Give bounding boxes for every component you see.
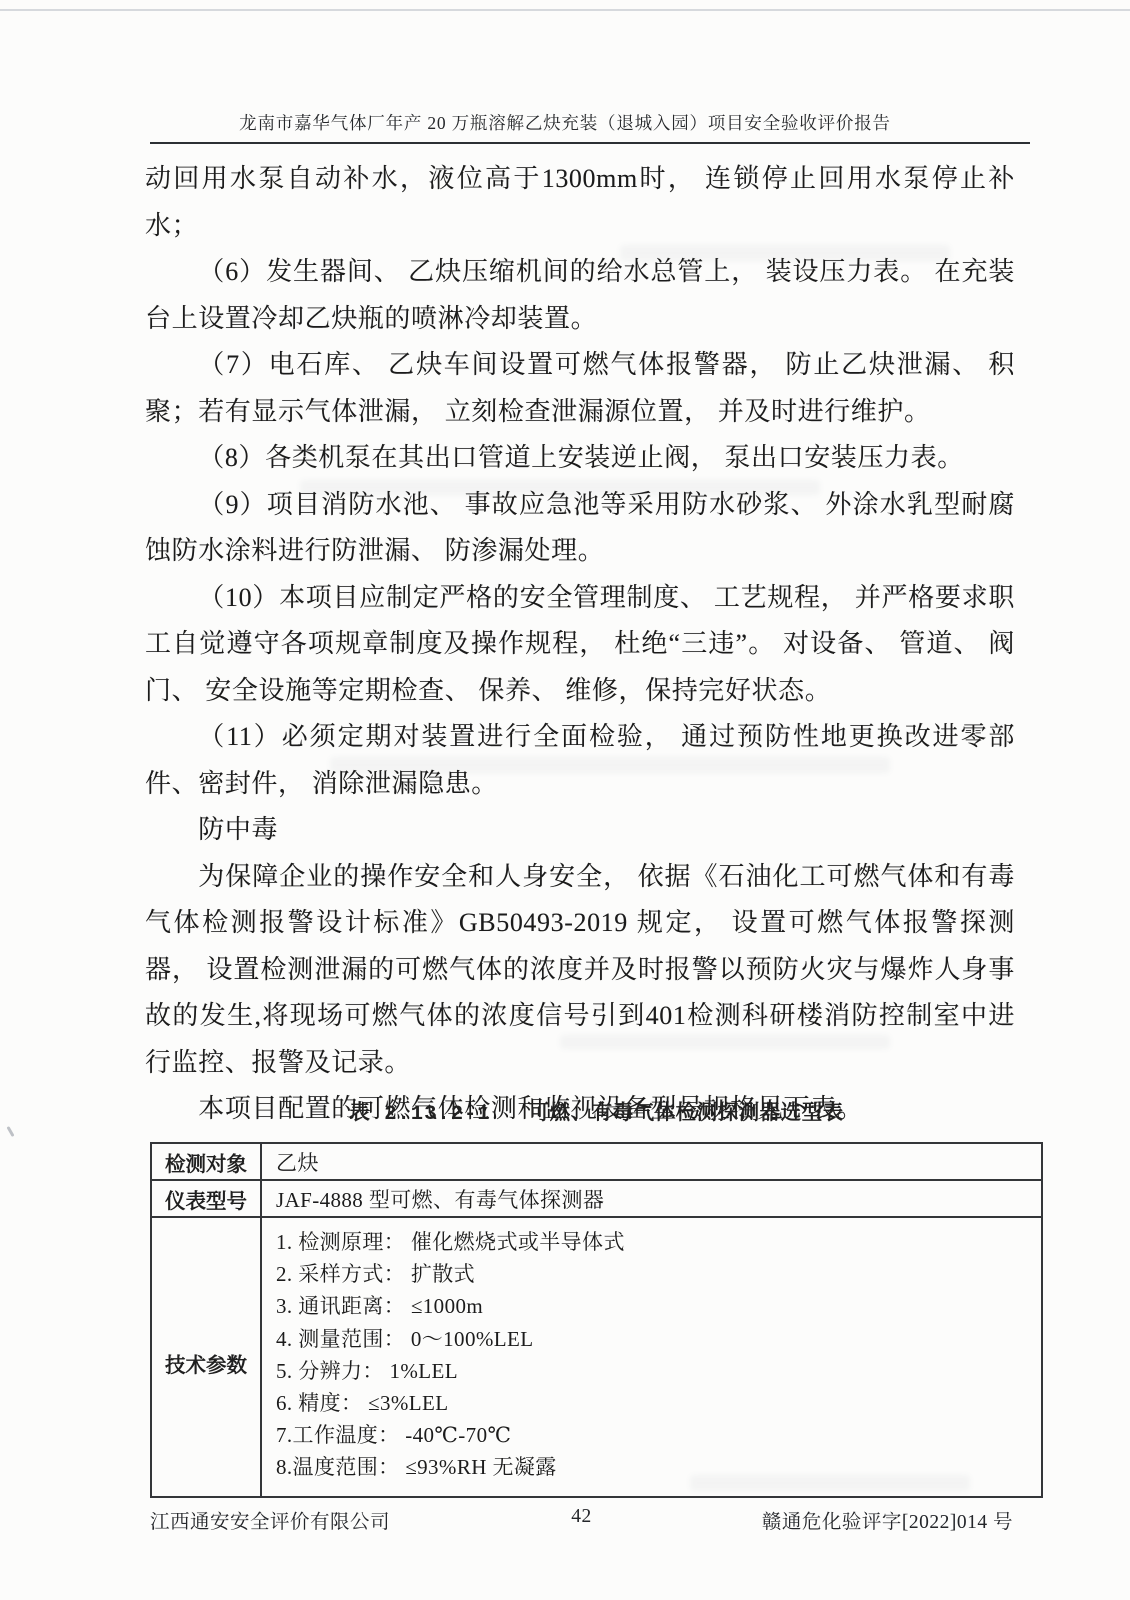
tech-param-line: 5. 分辨力： 1%LEL <box>276 1355 1033 1387</box>
paragraph: （11）必须定期对装置进行全面检验， 通过预防性地更换改进零部件、密封件， 消除… <box>145 714 1015 807</box>
report-title: 龙南市嘉华气体厂年产 20 万瓶溶解乙炔充装（退城入园）项目安全验收评价报告 <box>0 110 1130 135</box>
row-value: JAF-4888 型可燃、有毒气体探测器 <box>261 1180 1042 1217</box>
tech-param-list: 1. 检测原理： 催化燃烧式或半导体式2. 采样方式： 扩散式3. 通讯距离： … <box>276 1226 1033 1484</box>
paragraph: （10）本项目应制定严格的安全管理制度、 工艺规程， 并严格要求职工自觉遵守各项… <box>145 575 1015 715</box>
footer-doc-number: 赣通危化验评字[2022]014 号 <box>762 1506 1013 1534</box>
row-value: 乙炔 <box>261 1143 1042 1180</box>
tech-param-line: 7.工作温度： -40℃-70℃ <box>276 1419 1033 1451</box>
paragraph: （7）电石库、 乙炔车间设置可燃气体报警器， 防止乙炔泄漏、 积聚；若有显示气体… <box>145 342 1015 435</box>
paragraph: 防中毒 <box>145 807 1015 854</box>
scan-mark-artifact <box>6 1126 14 1137</box>
tech-param-line: 6. 精度： ≤3%LEL <box>276 1387 1033 1419</box>
body-text: 动回用水泵自动补水，液位高于1300mm时， 连锁停止回用水泵停止补水；（6）发… <box>145 156 1015 1133</box>
row-label: 检测对象 <box>151 1143 261 1180</box>
tech-param-line: 4. 测量范围： 0～100%LEL <box>276 1323 1033 1355</box>
table-caption-number: 表 2.13.2-1 <box>349 1103 490 1126</box>
tech-param-line: 3. 通讯距离： ≤1000m <box>276 1290 1033 1322</box>
table-caption: 表 2.13.2-1可燃、有毒气体检测探测器选型表 <box>150 1095 1043 1126</box>
tech-param-line: 8.温度范围： ≤93%RH 无凝露 <box>276 1451 1033 1483</box>
table-row-detection-object: 检测对象 乙炔 <box>151 1143 1042 1180</box>
table-row-technical-params: 技术参数 1. 检测原理： 催化燃烧式或半导体式2. 采样方式： 扩散式3. 通… <box>151 1217 1042 1497</box>
paragraph: （9）项目消防水池、 事故应急池等采用防水砂浆、 外涂水乳型耐腐蚀防水涂料进行防… <box>145 482 1015 575</box>
document-page: 龙南市嘉华气体厂年产 20 万瓶溶解乙炔充装（退城入园）项目安全验收评价报告 动… <box>0 0 1130 1600</box>
paragraph: （8）各类机泵在其出口管道上安装逆止阀， 泵出口安装压力表。 <box>145 435 1015 482</box>
tech-param-line: 1. 检测原理： 催化燃烧式或半导体式 <box>276 1226 1033 1258</box>
paragraph: 为保障企业的操作安全和人身安全， 依据《石油化工可燃气体和有毒气体检测报警设计标… <box>145 854 1015 1087</box>
scan-edge-artifact <box>0 9 1130 11</box>
table-row-instrument-model: 仪表型号 JAF-4888 型可燃、有毒气体探测器 <box>151 1180 1042 1217</box>
header-rule <box>150 142 1030 144</box>
table-caption-title: 可燃、有毒气体检测探测器选型表 <box>529 1101 844 1124</box>
detector-spec-table: 检测对象 乙炔 仪表型号 JAF-4888 型可燃、有毒气体探测器 技术参数 1… <box>150 1142 1043 1498</box>
row-label: 技术参数 <box>151 1217 261 1497</box>
row-value: 1. 检测原理： 催化燃烧式或半导体式2. 采样方式： 扩散式3. 通讯距离： … <box>261 1217 1042 1497</box>
row-label: 仪表型号 <box>151 1180 261 1217</box>
tech-param-line: 2. 采样方式： 扩散式 <box>276 1258 1033 1290</box>
paragraph: （6）发生器间、 乙炔压缩机间的给水总管上， 装设压力表。 在充装台上设置冷却乙… <box>145 249 1015 342</box>
paragraph: 动回用水泵自动补水，液位高于1300mm时， 连锁停止回用水泵停止补水； <box>145 156 1015 249</box>
page-footer: 江西通安安全评价有限公司 42 赣通危化验评字[2022]014 号 <box>150 1506 1013 1536</box>
